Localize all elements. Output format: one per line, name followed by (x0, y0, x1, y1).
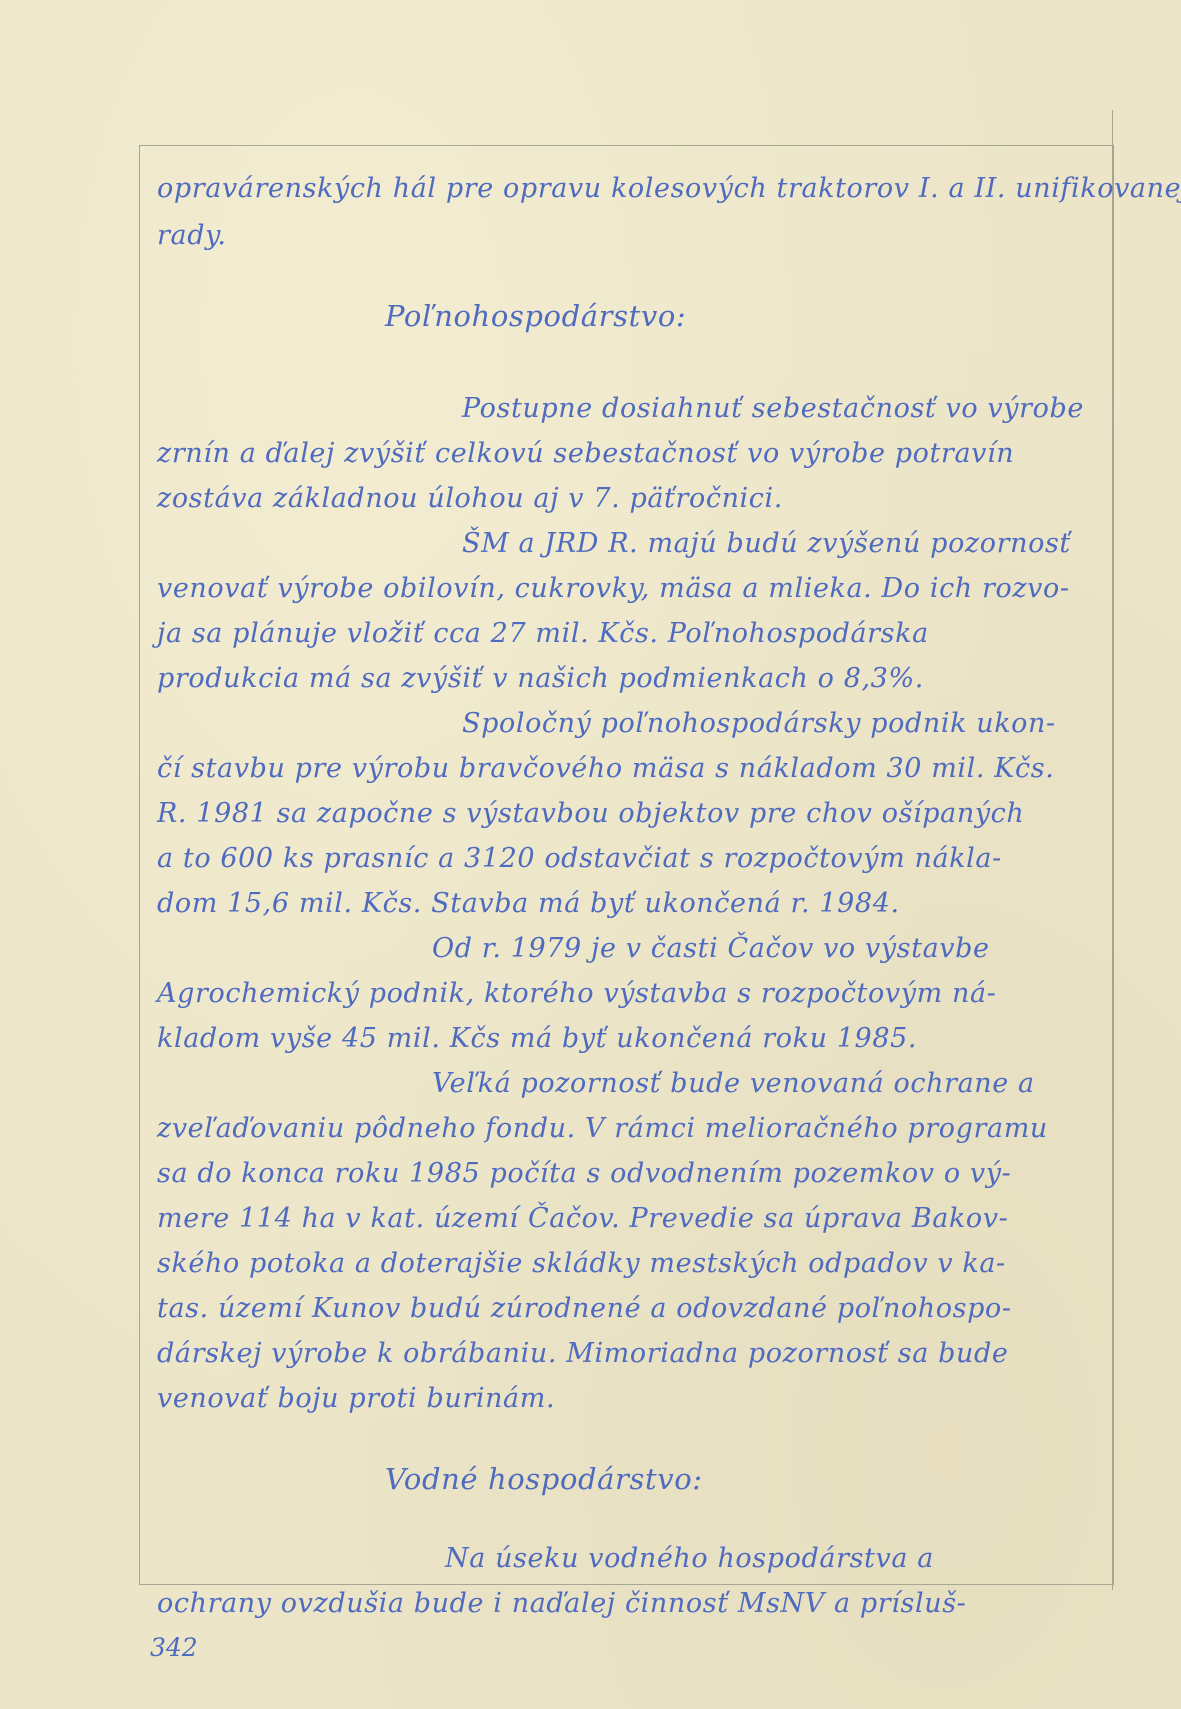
text-line: Veľká pozornosť bude venovaná ochrane a (432, 1070, 1035, 1097)
section-heading-agriculture: Poľnohospodárstvo: (385, 302, 686, 331)
text-line: ského potoka a doterajšie skládky mestsk… (157, 1250, 1006, 1277)
text-line: a to 600 ks prasníc a 3120 odstavčiat s … (157, 845, 1002, 872)
text-line: zrnín a ďalej zvýšiť celkovú sebestačnos… (157, 440, 1014, 467)
text-line: ja sa plánuje vložiť cca 27 mil. Kčs. Po… (157, 620, 929, 647)
text-line: Od r. 1979 je v časti Čačov vo výstavbe (432, 935, 990, 962)
text-line: Postupne dosiahnuť sebestačnosť vo výrob… (462, 395, 1084, 422)
text-line: opravárenských hál pre opravu kolesových… (157, 175, 1181, 202)
text-line: R. 1981 sa započne s výstavbou objektov … (157, 800, 1024, 827)
text-line: tas. území Kunov budú zúrodnené a odovzd… (157, 1295, 1012, 1322)
text-line: Agrochemický podnik, ktorého výstavba s … (157, 980, 996, 1007)
text-line: ochrany ovzdušia bude i naďalej činnosť … (157, 1590, 966, 1617)
text-line: zostáva základnou úlohou aj v 7. päťročn… (157, 485, 783, 512)
text-line: dárskej výrobe k obrábaniu. Mimoriadna p… (157, 1340, 1008, 1367)
text-line: zveľaďovaniu pôdneho fondu. V rámci meli… (157, 1115, 1048, 1142)
text-line: venovať výrobe obilovín, cukrovky, mäsa … (157, 575, 1070, 602)
page-number: 342 (150, 1633, 198, 1662)
text-line: kladom vyše 45 mil. Kčs má byť ukončená … (157, 1025, 917, 1052)
text-line: ŠM a JRD R. majú budú zvýšenú pozornosť (462, 530, 1071, 557)
text-line: produkcia má sa zvýšiť v našich podmienk… (157, 665, 924, 692)
text-line: venovať boju proti burinám. (157, 1385, 555, 1412)
text-line: sa do konca roku 1985 počíta s odvodnení… (157, 1160, 1011, 1187)
text-line: rady. (157, 222, 227, 249)
section-heading-water-management: Vodné hospodárstvo: (385, 1465, 703, 1494)
text-line: čí stavbu pre výrobu bravčového mäsa s n… (157, 755, 1054, 782)
text-line: mere 114 ha v kat. území Čačov. Prevedie… (157, 1205, 1008, 1232)
text-line: Spoločný poľnohospodársky podnik ukon- (462, 710, 1056, 737)
text-line: Na úseku vodného hospodárstva a (445, 1545, 934, 1572)
text-line: dom 15,6 mil. Kčs. Stavba má byť ukončen… (157, 890, 900, 917)
